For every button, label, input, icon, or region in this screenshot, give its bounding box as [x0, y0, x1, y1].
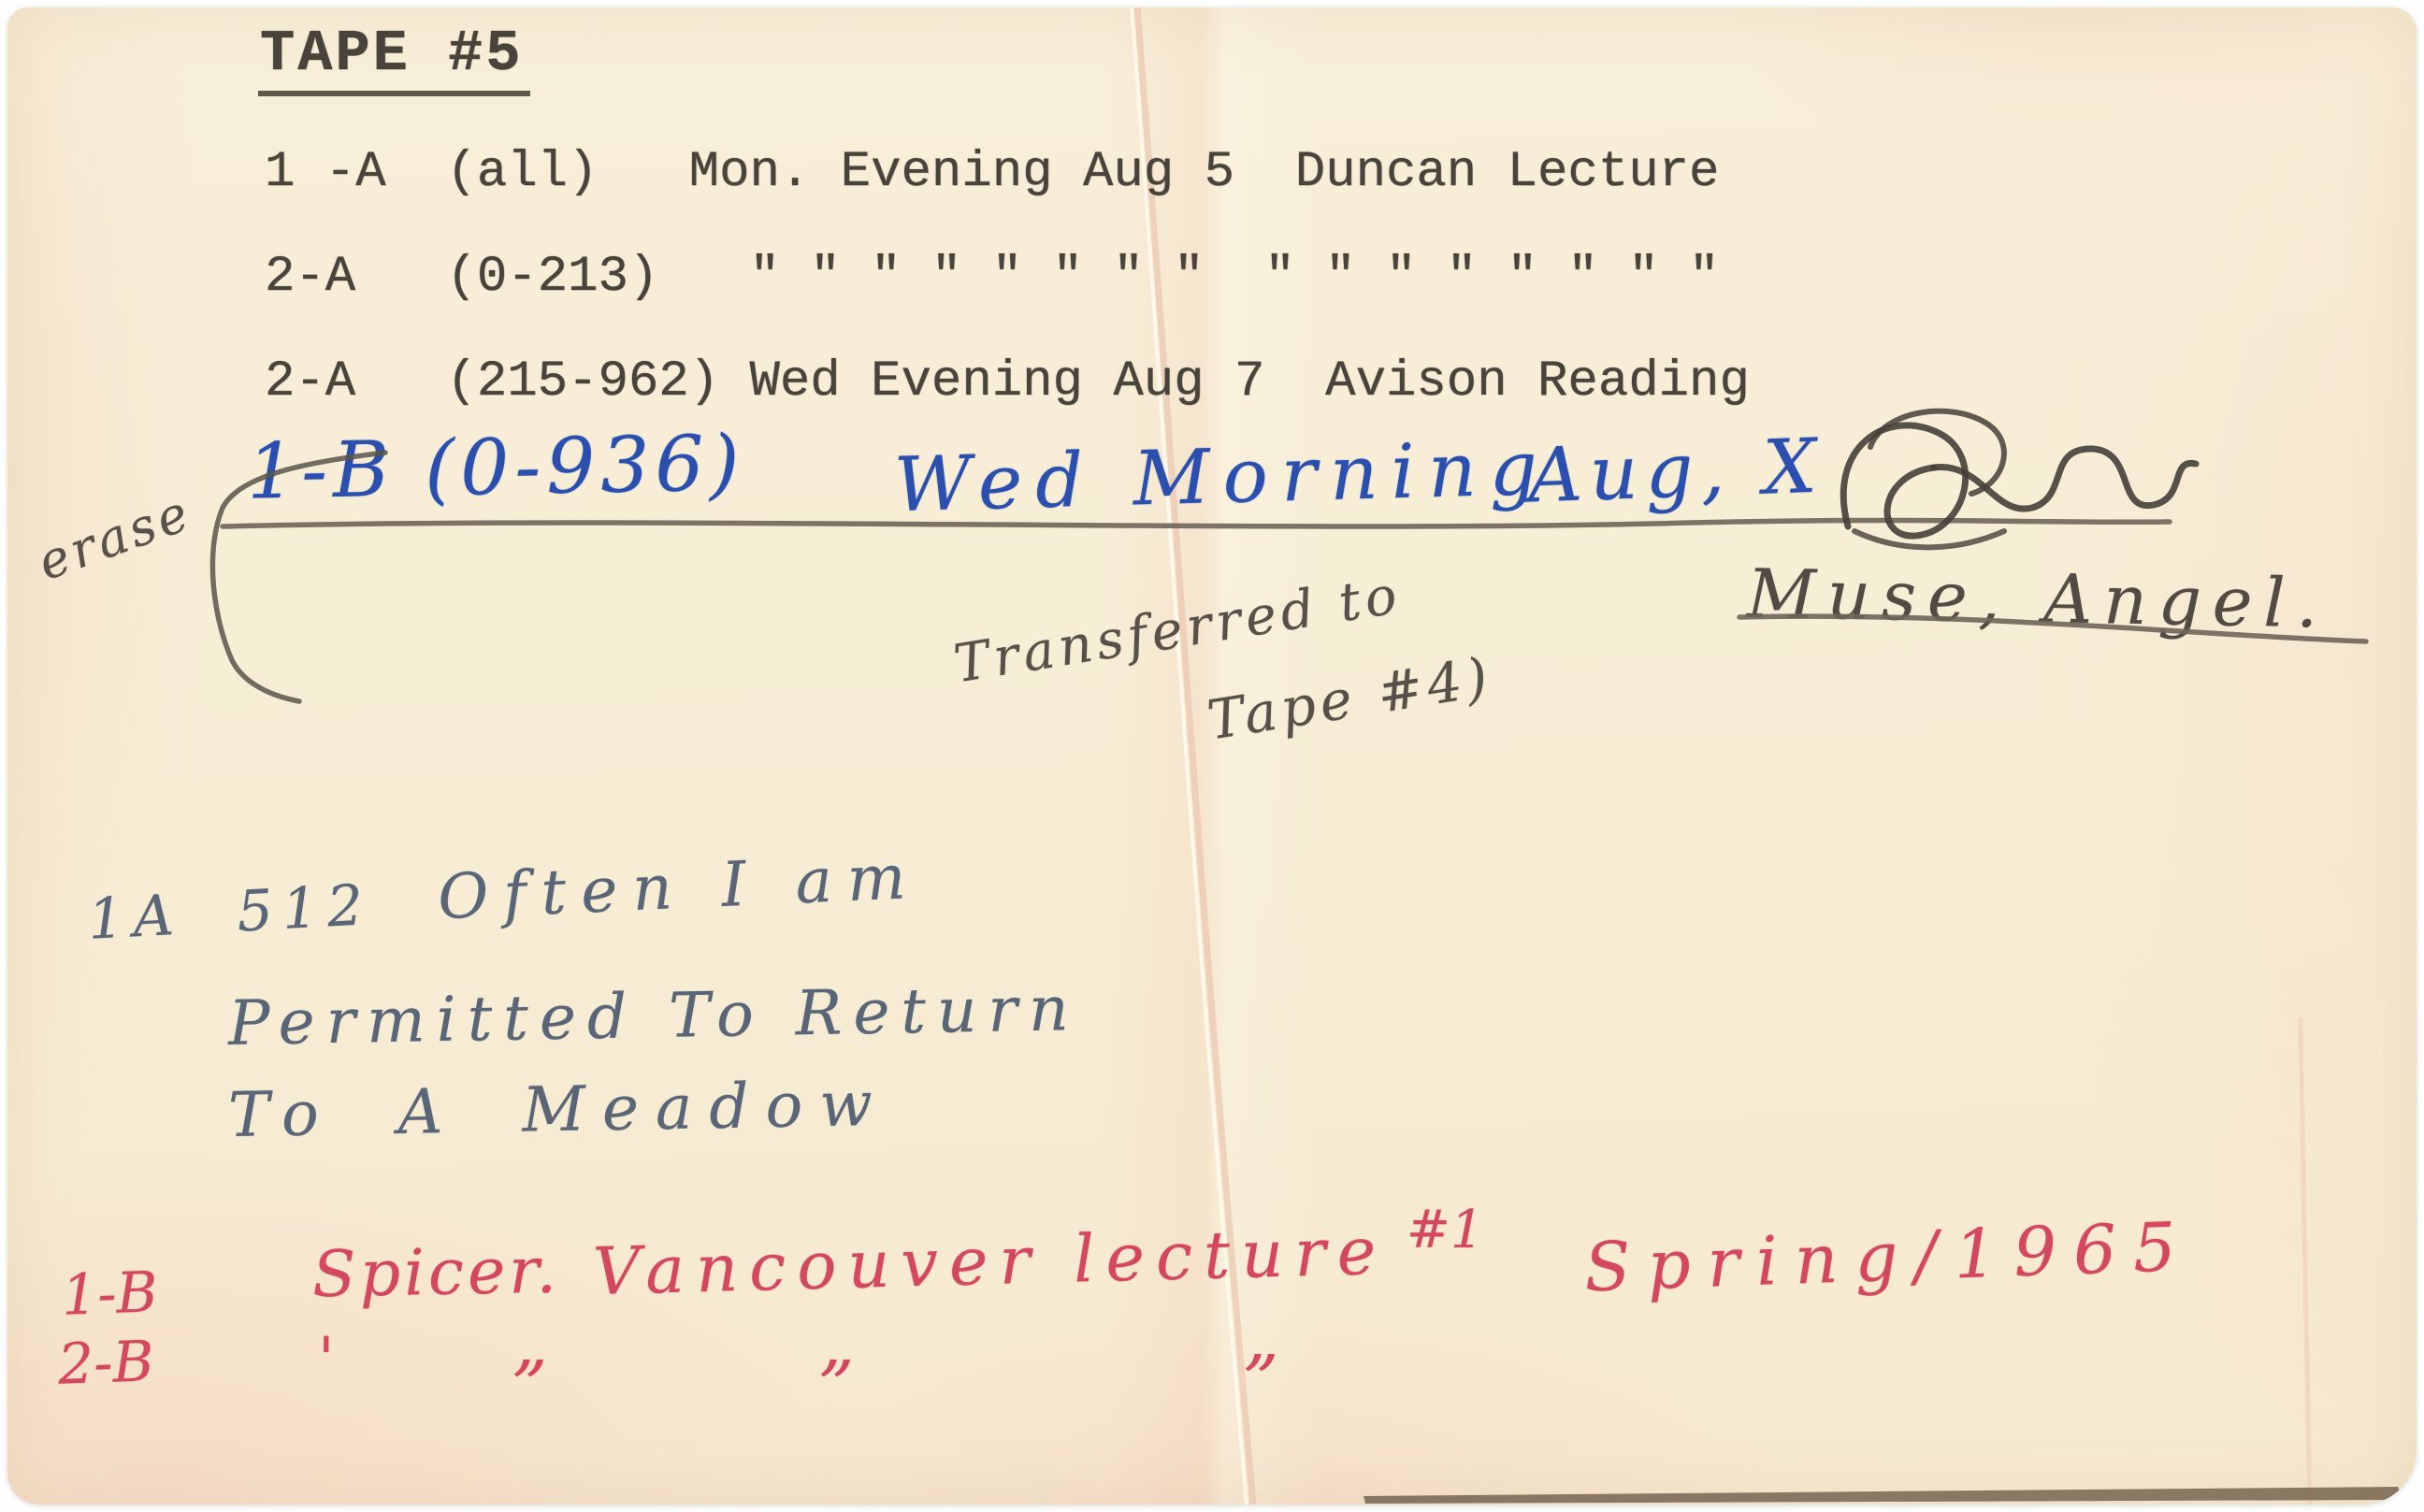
poem-line-2: Permitted To Return — [227, 978, 1080, 1055]
pencil-erase-note: erase — [32, 487, 198, 589]
red-entry-1b-id: 1-B — [61, 1264, 159, 1324]
red-entry-2b-id: 2-B — [57, 1333, 155, 1393]
red-ditto-1: ' — [318, 1330, 335, 1390]
typed-line-3: 2-A (215-962) Wed Evening Aug 7 Avison R… — [265, 353, 1750, 410]
red-ditto-4: „ — [1244, 1303, 1279, 1373]
index-card: TAPE #5 1 -A (all) Mon. Evening Aug 5 Du… — [7, 7, 2417, 1505]
red-entry-1b-number: #1 — [1407, 1204, 1484, 1257]
blue-entry-day: Wed Morning — [893, 431, 1551, 523]
red-entry-1b-date: Spring/1965 — [1583, 1213, 2194, 1302]
pencil-note-muse-angel: Muse, Angel. — [1746, 560, 2330, 638]
card-title: TAPE #5 — [258, 21, 530, 96]
poem-line-1: Often I am — [437, 846, 922, 929]
red-entry-1b-title: Vancouver lecture — [592, 1218, 1388, 1304]
pencil-scribbled-out-word — [1843, 411, 2196, 548]
red-ditto-2: „ — [512, 1309, 548, 1378]
blue-entry-id-range: 1-B (0-936) — [246, 425, 745, 511]
typed-line-2-ditto: 2-A (0-213) " " " " " " " " " " " " " " … — [265, 249, 1719, 306]
scan-background: TAPE #5 1 -A (all) Mon. Evening Aug 5 Du… — [0, 0, 2424, 1512]
red-ditto-3: „ — [819, 1309, 855, 1378]
blue-entry-date: Aug, X — [1527, 429, 1825, 514]
red-entry-1b-speaker: Spicer. — [311, 1240, 560, 1308]
typed-line-1: 1 -A (all) Mon. Evening Aug 5 Duncan Lec… — [265, 144, 1719, 201]
poem-line-3: To A Meadow — [227, 1073, 889, 1146]
scan-edge-shadow — [1363, 1487, 2403, 1504]
poem-ref-number: 1A 512 — [87, 877, 374, 948]
